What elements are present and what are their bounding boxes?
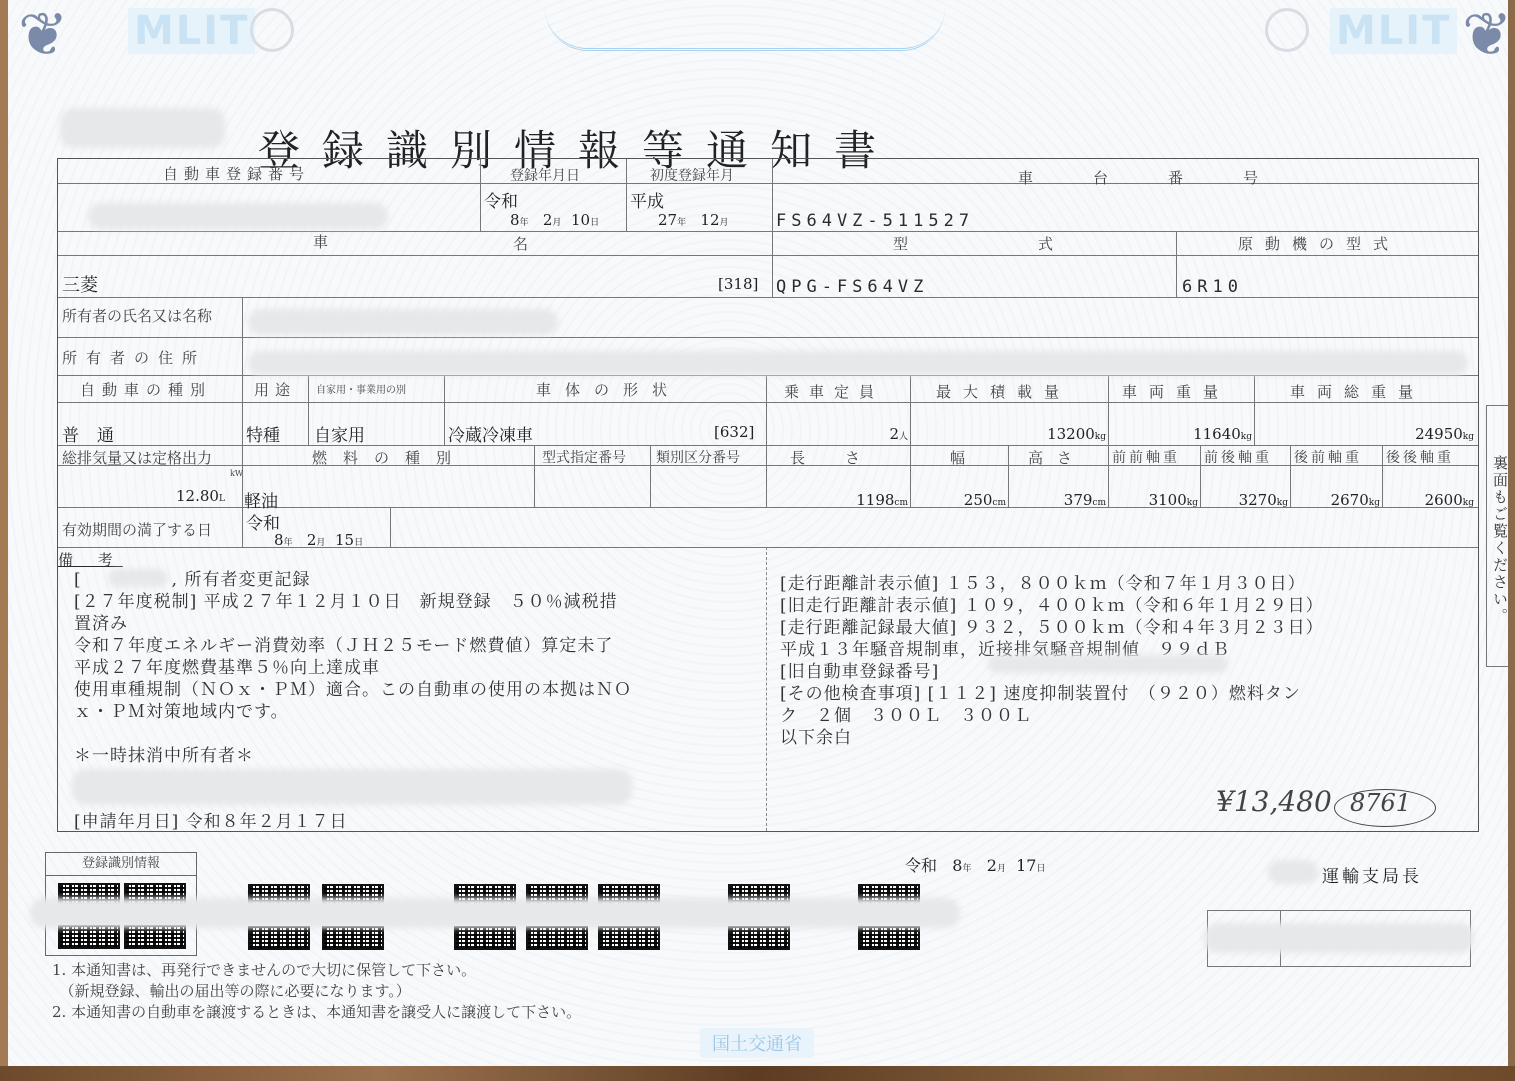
weight-label: 車両重量	[1122, 381, 1230, 402]
fr-axle-value: 3270kg	[1239, 491, 1288, 509]
remark-line: [その他検査事項] [１１２] 速度抑制装置付 （９２０）燃料タン	[780, 683, 1301, 705]
body-code: [632]	[714, 423, 754, 441]
height-value: 379cm	[1064, 491, 1106, 509]
length-value: 1198cm	[856, 491, 908, 509]
rf-axle-label: 後前軸重	[1294, 447, 1362, 467]
remark-line: [旧自動車登録番号]	[780, 661, 939, 683]
mlit-logo: MLIT	[128, 8, 255, 54]
mlit-footer-logo: 国土交通省	[700, 1028, 814, 1058]
displacement-unit-kw: kW	[230, 469, 243, 478]
first-reg-value: 27年 12月	[658, 211, 729, 229]
reg-date-era: 令和	[484, 187, 518, 212]
owner-address-label: 所有者の住所	[62, 347, 206, 368]
corner-ornament-icon: ❦	[18, 0, 68, 70]
issue-date: 令和 8年 2月 17日	[905, 853, 1046, 876]
redacted-plate-number	[88, 203, 388, 229]
redacted-owner-name	[248, 309, 558, 335]
rr-axle-value: 2600kg	[1425, 491, 1474, 509]
redacted-office	[60, 108, 225, 148]
gross-weight-value: 24950kg	[1415, 425, 1474, 443]
model-label-2: 式	[1038, 233, 1059, 254]
reg-date-value: 8年 2月 10日	[510, 211, 599, 229]
capacity-value: 2人	[889, 425, 908, 443]
remark-line: ＊一時抹消中所有者＊	[74, 745, 254, 767]
vehicle-type: 普通	[62, 421, 132, 446]
qr-label: 登録識別情報	[46, 853, 196, 876]
redacted-owner-address	[248, 351, 1468, 375]
remark-line: [走行距離計表示値] １５３，８００ｋｍ（令和７年１月３０日）	[780, 573, 1306, 595]
width-value: 250cm	[964, 491, 1006, 509]
model-value: QPG-FS64VZ	[776, 277, 928, 297]
owner-name-label: 所有者の氏名又は名称	[62, 305, 212, 326]
registration-form: 自動車登録番号 登録年月日 初度登録年月 車台番号 令和 8年 2月 10日 平…	[57, 158, 1479, 832]
reg-number-label: 自動車登録番号	[163, 163, 310, 184]
car-name-label: 車	[313, 231, 334, 252]
use-value: 特種	[246, 421, 280, 446]
issuer: 運輸支局長	[1322, 862, 1422, 887]
remark-line: 以下余白	[780, 727, 852, 749]
chassis-label: 車台番号	[1018, 167, 1318, 188]
redacted-temp-owner	[72, 769, 632, 805]
rf-axle-value: 2670kg	[1331, 491, 1380, 509]
qr-code	[598, 926, 660, 950]
chassis-number: FS64VZ-511527	[776, 211, 974, 231]
capacity-label: 乗車定員	[784, 381, 884, 402]
private-value: 自家用	[314, 421, 365, 446]
model-label: 型	[893, 233, 914, 254]
remark-line: ｘ・ＰＭ対策地域内です。	[74, 701, 289, 723]
handwritten-fee: ¥13,480	[1216, 785, 1332, 818]
car-name: 三菱	[62, 271, 98, 297]
fuel-label: 燃料の種別	[312, 447, 467, 468]
length-label: 長さ	[790, 447, 900, 468]
qr-code	[728, 926, 790, 950]
car-name-label-2: 名	[513, 233, 534, 254]
remark-line: 令和７年度エネルギー消費効率（ＪＨ２５モード燃費値）算定未了	[74, 635, 613, 657]
corner-ornament-icon: ❦	[1462, 0, 1512, 70]
qr-code	[322, 926, 384, 950]
reg-date-label: 登録年月日	[510, 165, 580, 185]
max-load-value: 13200kg	[1047, 425, 1106, 443]
qr-code	[858, 926, 920, 950]
ff-axle-value: 3100kg	[1149, 491, 1198, 509]
expiry-label: 有効期間の満了する日	[62, 519, 212, 540]
handwritten-code: 8761	[1350, 789, 1411, 817]
remark-line: [走行距離記録最大値] ９３２，５００ｋｍ（令和４年３月２３日）	[780, 617, 1324, 639]
car-name-code: [318]	[718, 275, 758, 293]
ff-axle-label: 前前軸重	[1112, 447, 1180, 467]
redacted-bureau	[1268, 860, 1318, 884]
engine-value: 6R10	[1182, 277, 1243, 297]
redacted-stamp	[1204, 923, 1474, 953]
qr-code	[58, 925, 120, 949]
body-value: 冷蔵冷凍車	[448, 421, 533, 446]
wood-background-bottom	[0, 1066, 1515, 1081]
remark-line: [２７年度税制] 平成２７年１２月１０日 新規登録 ５０％減税措	[74, 591, 618, 613]
stamp-box	[1207, 910, 1471, 967]
mlit-logo: MLIT	[1330, 8, 1457, 54]
category-label: 類別区分番号	[656, 447, 740, 467]
rr-axle-label: 後後軸重	[1386, 447, 1454, 467]
wood-background-left	[0, 0, 8, 1081]
emblem-icon	[250, 8, 294, 52]
redacted-remark	[108, 569, 168, 587]
gross-weight-label: 車両総重量	[1290, 381, 1425, 402]
height-label: 高さ	[1028, 447, 1086, 468]
emblem-icon	[1265, 8, 1309, 52]
qr-code	[248, 926, 310, 950]
side-note: 裏面もご覧ください。	[1490, 455, 1511, 625]
type-designation-label: 型式指定番号	[542, 447, 626, 467]
vehicle-type-label: 自動車の種別	[80, 379, 212, 400]
remark-line: 使用車種規制（ＮＯｘ・ＰＭ）適合。この自動車の使用の本拠はＮＯ	[74, 679, 632, 701]
remarks-label: 備 考	[58, 549, 123, 570]
notes: 1. 本通知書は、再発行できませんので大切に保管して下さい。 （新規登録、輸出の…	[52, 960, 581, 1023]
body-label: 車体の形状	[536, 379, 681, 400]
top-ornament	[545, 8, 945, 51]
engine-label: 原動機の型式	[1238, 233, 1400, 254]
qr-code	[526, 926, 588, 950]
remark-line: 平成２７年度燃費基準５％向上達成車	[74, 657, 380, 679]
width-label: 幅	[950, 447, 971, 468]
remark-line: ク ２個 ３００Ｌ ３００Ｌ	[780, 705, 1032, 727]
remark-line: [旧走行距離計表示値] １０９，４００ｋｍ（令和６年１月２９日）	[780, 595, 1324, 617]
expiry-date: 8年 2月 15日	[274, 531, 363, 549]
first-reg-label: 初度登録年月	[650, 165, 734, 185]
remark-line: [申請年月日] 令和８年２月１７日	[74, 811, 348, 833]
redacted-id-strip	[30, 898, 960, 928]
private-label: 自家用・事業用の別	[316, 381, 406, 396]
qr-code	[124, 925, 186, 949]
use-label: 用途	[254, 379, 296, 400]
redacted-old-plate	[988, 655, 1228, 673]
remark-line: 置済み	[74, 613, 128, 635]
displacement-label: 総排気量又は定格出力	[62, 447, 212, 468]
displacement-value: 12.80L	[176, 487, 225, 505]
vehicle-weight-value: 11640kg	[1193, 425, 1252, 443]
first-reg-era: 平成	[630, 187, 664, 212]
max-load-label: 最大積載量	[936, 381, 1071, 402]
fr-axle-label: 前後軸重	[1204, 447, 1272, 467]
qr-code	[454, 926, 516, 950]
